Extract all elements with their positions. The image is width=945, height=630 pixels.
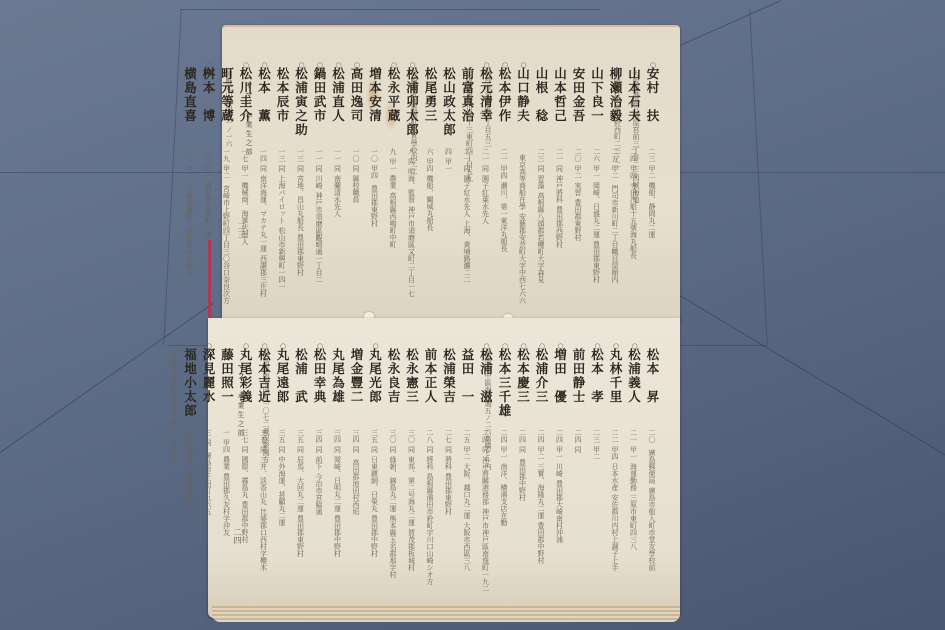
license-class: 甲一 xyxy=(385,158,401,172)
license-class: 同 xyxy=(330,165,346,172)
person-name: 松元清幸 xyxy=(478,67,494,145)
directory-entry: 増金豐二三四同高田郡池田村西垣 xyxy=(348,348,364,608)
graduation-number: 二四 xyxy=(626,148,642,162)
occupation-note: 機船、静岡丸二運 xyxy=(644,182,660,238)
occupation-note: 國際、霧島丸 xyxy=(237,456,253,498)
person-name: 前本正人 xyxy=(422,348,438,426)
address: 熊本縣玉名郡那宇村 xyxy=(385,515,401,578)
circle-mark-icon: ○ xyxy=(650,57,658,73)
circle-mark-icon: ○ xyxy=(558,338,566,354)
occupation-note: 寺田汽船十五號海丸船長 xyxy=(626,182,642,259)
license-class: 同 xyxy=(515,446,531,453)
person-name: 増本安清 xyxy=(367,67,383,145)
person-name: 松浦榮吉 xyxy=(441,348,457,426)
license-class: 同 xyxy=(570,446,586,453)
license-class: 同 xyxy=(256,446,272,453)
address: 豊田郡久友村字沖友 xyxy=(219,473,235,536)
address: 豊田郡大崎南村沖浦 xyxy=(552,480,568,543)
occupation-note: 前下 xyxy=(311,456,327,470)
graduation-number: 二五 xyxy=(607,148,623,162)
person-name: 藤田照一 xyxy=(219,348,235,426)
license-class: 甲四 xyxy=(496,165,512,179)
person-name: 松永憲三 xyxy=(404,348,420,426)
graduation-number: 六 xyxy=(422,148,438,155)
graduation-number: 二一 xyxy=(626,429,642,443)
graduation-number: 三〇 xyxy=(404,429,420,443)
directory-entry: ○松浦寅之助一三同宮地、昌山丸船長豊田郡東野村 xyxy=(293,67,309,317)
graduation-number: 二一 xyxy=(478,148,494,162)
license-class: 同 xyxy=(367,446,383,453)
person-name: 柳瀬治毅 xyxy=(607,67,623,145)
address: 豊田郡東野村 xyxy=(441,473,457,515)
occupation-note: 東邦、第二号海丸二運 xyxy=(404,456,420,526)
guide-diagonal-top xyxy=(680,0,781,46)
occupation-note: 農業 xyxy=(219,456,235,470)
address: 高根縣八頭郡若櫻町大字森見 xyxy=(533,192,549,283)
person-name: 安村 扶 xyxy=(644,67,660,145)
address: 豊田郡中野村 xyxy=(515,459,531,501)
person-name: 松本辰市 xyxy=(274,67,290,145)
directory-entry: ○松本伊作二一甲四瀬川、第一東洋丸船長神戸市須磨區四丁目五三 xyxy=(496,67,512,317)
license-class: 同 xyxy=(348,446,364,453)
license-class: 同 xyxy=(478,446,494,453)
directory-entry: ○松浦 滋二四同神戸將關港務部神戸市神戸區南逸町一九二 xyxy=(478,348,494,608)
directory-entry: 松本辰市一三同上海パイロット松山市新興町一四一 xyxy=(274,67,290,317)
person-name: 山根 稔 xyxy=(533,67,549,145)
graduation-number: 三五 xyxy=(274,429,290,443)
graduation-number: 二三 xyxy=(533,148,549,162)
license-class: 甲二 xyxy=(533,446,549,460)
graduation-number: 二三 xyxy=(644,148,660,162)
address: 西讃郡三庄村 xyxy=(256,255,272,297)
occupation-note: 日本水産 xyxy=(607,463,623,491)
graduation-number: 二七 xyxy=(441,429,457,443)
graduation-number: 三四 xyxy=(348,429,364,443)
person-name: 松本 薫 xyxy=(256,67,272,145)
occupation-note: 南洋海運、マカテ丸一運 xyxy=(256,175,272,252)
circle-mark-icon: ○ xyxy=(206,57,214,73)
occupation-note: 辰馬、大回丸二運 xyxy=(293,456,309,512)
address: 廣島市船入町市堂友學校前 xyxy=(644,487,660,571)
occupation-note: 三井、淡香山丸 xyxy=(256,456,272,505)
graduation-number: 一一 xyxy=(330,148,346,162)
occupation-note: 岡崎、日明丸二運 xyxy=(330,456,346,512)
license-class: 同 xyxy=(293,446,309,453)
graduation-number: 二五 xyxy=(459,429,475,443)
occupation-note: 瀬川、第一東洋丸船長 xyxy=(496,182,512,252)
graduation-number: 三〇 xyxy=(385,429,401,443)
person-name: 前富真治 xyxy=(459,67,475,145)
directory-entry: ○安村 扶二三甲二機船、静岡丸二運大阪市港區八幡屋宮前三丁目二三四號海道 xyxy=(644,67,660,317)
graduation-number: 二一 xyxy=(459,148,475,162)
occupation-note: 園子紅水先人 xyxy=(459,175,475,217)
circle-mark-icon: ○ xyxy=(262,57,270,73)
occupation-note: 園子紅葉水先人 xyxy=(478,175,494,224)
occupation-note: 神戸將關港務部 xyxy=(478,456,494,505)
directory-entry: ○松元清幸二一同園子紅葉水先人大阪市東淀川區十三東町四丁目五九 xyxy=(478,67,494,317)
graduation-number: 三五 xyxy=(293,429,309,443)
person-name: 丸林千里 xyxy=(607,348,623,426)
license-class: 甲二 xyxy=(219,165,235,179)
person-name: 松永良吉 xyxy=(385,348,401,426)
book-page-bottom: 松本 昇二〇廣島郵便局廣島市船入町市堂友學校前○松浦義人二一甲一海運勤務三原市東… xyxy=(208,318,680,618)
person-name: 鍋田武市 xyxy=(311,67,327,145)
person-name: 松浦義人 xyxy=(626,348,642,426)
address: 比婆郡口西村字櫻木 xyxy=(256,508,272,571)
directory-entry: 丸尾為雄三四同岡崎、日明丸二運豊田郡中野村 xyxy=(330,348,346,608)
guide-line-right xyxy=(749,9,768,345)
person-name: 松本伊作 xyxy=(496,67,512,145)
address: 廣島市千田町九六五 xyxy=(200,452,216,515)
circle-mark-icon: ○ xyxy=(317,338,325,354)
address: 松山市新興町一四一 xyxy=(274,227,290,290)
graduation-number: 四 xyxy=(182,429,198,436)
occupation-note: 岡崎、日盛丸二運 xyxy=(589,182,605,238)
directory-entry: 松浦榮吉二七同將科豊田郡東野村 xyxy=(441,348,457,608)
occupation-note: 川崎 xyxy=(552,463,568,477)
license-class: 甲二 xyxy=(182,165,198,179)
occupation-note: 神戸將科 xyxy=(552,175,568,203)
circle-mark-icon: ○ xyxy=(502,338,510,354)
occupation-note: 日東鍍網、日榮丸 xyxy=(367,456,383,512)
circle-mark-icon: ○ xyxy=(391,57,399,73)
directory-entry: 柳瀬治毅二五甲二門司市新川町二丁目幟目屋館内 xyxy=(607,67,623,317)
graduation-number: 二〇 xyxy=(182,148,198,162)
circle-mark-icon: ○ xyxy=(299,57,307,73)
graduation-number: 一三 xyxy=(293,148,309,162)
graduation-number: 二二 xyxy=(607,429,623,443)
directory-entry: ○丸尾遠郎三五同中外海運、甚顧丸二運廣島市南千田町一〇七二藏保繁國方 xyxy=(274,348,290,608)
directory-entry: ○松本三千雄二四甲一南洋、横濱支店在勤横濱市中區海岸通五ノ二六高橋ビル内 xyxy=(496,348,512,608)
license-class: 甲一 xyxy=(200,165,216,179)
page-number: 二三 xyxy=(236,222,247,238)
graduation-number: 二四 xyxy=(552,429,568,443)
directory-entry: ○松永平蔵九甲一農業高根縣西鳴町中町 xyxy=(385,67,401,317)
person-name: 横島直喜 xyxy=(182,67,198,145)
address: 神戸市神戸區南逸町一九二 xyxy=(478,508,494,592)
person-name: 安田金吾 xyxy=(570,67,586,145)
directory-entry: ○松本 薫一四同南洋海運、マカテ丸一運西讃郡三庄村 xyxy=(256,67,272,317)
address: 大連市濱町二五西東市大郷方 xyxy=(182,185,198,276)
address: 宮崎市上野町四丁目三〇谷口奈良次方 xyxy=(219,185,235,304)
directory-entry: 前富真治二一同園子紅水先人上海、黄埔路灘二二 xyxy=(459,67,475,317)
license-class: 同 xyxy=(182,439,198,446)
person-name: 高田逸司 xyxy=(348,67,364,145)
license-class: 同 xyxy=(274,446,290,453)
person-name: 松浦寅之助 xyxy=(293,67,309,145)
graduation-number: 二一 xyxy=(552,148,568,162)
graduation-number: 二四 xyxy=(478,429,494,443)
person-name: 山本石夫 xyxy=(626,67,642,145)
license-class: 甲一 xyxy=(441,158,457,172)
person-name: 丸尾光郎 xyxy=(367,348,383,426)
person-name: 福地小太郎 xyxy=(182,348,198,426)
license-class: 同 xyxy=(293,165,309,172)
directory-entry: ○深見麗水三同廣島市千田町九六五 xyxy=(200,348,216,608)
graduation-number: 一一 xyxy=(311,148,327,162)
circle-mark-icon: ○ xyxy=(243,57,251,73)
license-class: 同 xyxy=(404,158,420,165)
running-head-kana: マフ xyxy=(236,363,246,381)
graduation-number: 一〇 xyxy=(348,148,364,162)
license-class: 同 xyxy=(311,165,327,172)
occupation-note: 東京高等商船在學 xyxy=(515,154,531,210)
directory-entry: ○松浦義人二一甲一海運勤務三原市東町四三八 xyxy=(626,348,642,608)
circle-mark-icon: ○ xyxy=(595,338,603,354)
address: 豊田郡東野村 xyxy=(589,241,605,283)
license-class: 甲四 xyxy=(422,158,438,172)
license-class: 同 xyxy=(311,446,327,453)
address: 三原市東町四三八 xyxy=(626,494,642,550)
graduation-number: 三 xyxy=(200,429,216,436)
person-name: 町元等蔵 xyxy=(219,67,235,145)
directory-entry: 町元等蔵一九甲二宮崎市上野町四丁目三〇谷口奈良次方 xyxy=(219,67,235,317)
directory-entry: ○丸尾彩義三七同國際、霧島丸豊田郡中野村 xyxy=(237,348,253,608)
circle-mark-icon: ○ xyxy=(632,338,640,354)
license-class: 甲四 xyxy=(607,446,623,460)
directory-entry: ○桝本 博二〇甲一錦記會社商町一運 xyxy=(200,67,216,317)
directory-entry: 松尾勇三六甲四機船、關城丸船長長崎縣武富郡幟町村宮學校内二二 xyxy=(422,67,438,317)
directory-entry: 山下良一二六甲一岡崎、日盛丸二運豊田郡東野村 xyxy=(589,67,605,317)
occupation-note: 中外海運、甚顧丸二運 xyxy=(274,456,290,526)
directory-entry: ○松田幸典三四同前下今治市宮脇通 xyxy=(311,348,327,608)
occupation-note: 將科 xyxy=(422,456,438,470)
person-name: 松浦介三 xyxy=(533,348,549,426)
directory-entry: ○山口静夫東京高等商船在學安藝郡安芸町大字中西七六六 xyxy=(515,67,531,317)
directory-entry: ○松本 孝二三甲二 xyxy=(589,348,605,608)
directory-entry: ○松浦介三二四甲二三寳、海隆丸二運豊田郡中野村 xyxy=(533,348,549,608)
person-name: 山下良一 xyxy=(589,67,605,145)
address: 安藝郡安芸町大字中西七六六 xyxy=(515,213,531,304)
occupation-note: 農業 xyxy=(385,175,401,189)
graduation-number: 三四 xyxy=(311,429,327,443)
graduation-number: 二一 xyxy=(496,148,512,162)
occupation-note: 機船、第農丸船長 xyxy=(182,449,198,505)
directory-entry: 前田静士二四同 xyxy=(570,348,586,608)
address: 神戸市須磨區觀晴通一丁目二 xyxy=(311,192,327,283)
person-name: 松本 孝 xyxy=(589,348,605,426)
graduation-number: 二〇 xyxy=(200,148,216,162)
address: 神戸市須磨區又町二丁目一七 xyxy=(404,206,420,297)
person-name: 山本哲己 xyxy=(552,67,568,145)
person-name: 松尾勇三 xyxy=(422,67,438,145)
address: 豊田郡東野村 xyxy=(367,185,383,227)
license-class: 同 xyxy=(237,446,253,453)
running-head-kana: ヤマ xyxy=(244,82,254,100)
guide-diagonal-right xyxy=(679,295,945,466)
graduation-number: 二八 xyxy=(422,429,438,443)
circle-mark-icon: ○ xyxy=(336,57,344,73)
license-class: 同 xyxy=(459,165,475,172)
graduation-number: 一〇 xyxy=(367,148,383,162)
license-class: 甲二 xyxy=(607,165,623,179)
directory-entry: ○松本慶三二四同豊田郡中野村 xyxy=(515,348,531,608)
license-class: 甲二 xyxy=(589,446,605,460)
person-name: 深見麗水 xyxy=(200,348,216,426)
address: 豊田郡中野村 xyxy=(330,515,346,557)
occupation-note: 南蘭清水先人 xyxy=(330,175,346,217)
graduation-number: 二四 xyxy=(496,429,512,443)
license-class: 同 xyxy=(385,446,401,453)
license-class: 甲四 xyxy=(626,165,642,179)
license-class: 甲二 xyxy=(459,446,475,460)
license-class: 同 xyxy=(552,165,568,172)
license-class: 同 xyxy=(441,446,457,453)
directory-entry: ○丸尾光郎三五同日東鍍網、日榮丸豊田郡中野村 xyxy=(367,348,383,608)
person-name: 益田 一 xyxy=(459,348,475,426)
occupation-note: 機船、關城丸船長 xyxy=(422,175,438,231)
directory-entry: 横島直喜二〇甲二大連市濱町二五西東市大郷方 xyxy=(182,67,198,317)
directory-entry: 山本哲己二一同神戸將科豊田郡西野村 xyxy=(552,67,568,317)
graduation-number: 八 xyxy=(404,148,420,155)
graduation-number: 四 xyxy=(441,148,457,155)
circle-mark-icon: ○ xyxy=(410,57,418,73)
graduation-number: 九 xyxy=(385,148,401,155)
person-name: 松本慶三 xyxy=(515,348,531,426)
address: 豊田郡東野村 xyxy=(293,515,309,557)
circle-mark-icon: ○ xyxy=(502,57,510,73)
address: 大阪市住吉區山坂西之町一丁目三九 xyxy=(166,351,182,463)
person-name: 桝本 博 xyxy=(200,67,216,145)
address: 門司市新川町二丁目幟目屋館内 xyxy=(607,185,623,283)
directory-entry: 増本安清一〇甲四豊田郡東野村 xyxy=(367,67,383,317)
circle-mark-icon: ○ xyxy=(280,338,288,354)
directory-entry: 山根 稔二三同習藻高根縣八頭郡若櫻町大字森見 xyxy=(533,67,549,317)
directory-entry: 松永憲三三〇同東邦、第二号海丸二運賀茂郡板城村 xyxy=(404,348,420,608)
directory-entry: ○丸林千里二二甲四日本水産安佐郡川内村上調子上手 xyxy=(607,348,623,608)
directory-entry: ○増田 優二四甲一川崎豊田郡大崎南村沖浦 xyxy=(552,348,568,608)
person-name: 松浦直人 xyxy=(330,67,346,145)
address: 今治市宮脇通 xyxy=(311,473,327,515)
page-block-edges xyxy=(212,606,680,622)
circle-mark-icon: ○ xyxy=(613,338,621,354)
graduation-number: 一九 xyxy=(219,148,235,162)
license-class: 甲二 xyxy=(570,165,586,179)
graduation-number: 二〇 xyxy=(570,148,586,162)
graduation-number: 一三 xyxy=(274,148,290,162)
address: 豊田郡中野村 xyxy=(367,515,383,557)
directory-entry: 前本正人二八同將科島根縣濱田市鈴町宇川口山崎シオ方 xyxy=(422,348,438,608)
address: 島根縣濱田市鈴町宇川口山崎シオ方 xyxy=(422,473,438,585)
circle-mark-icon: ○ xyxy=(521,338,529,354)
person-name: 松浦 滋 xyxy=(478,348,494,426)
occupation-note: 宮地、昌山丸船長 xyxy=(293,175,309,231)
occupation-note: 明海、監督 xyxy=(404,168,420,203)
license-class: 甲四 xyxy=(367,165,383,179)
occupation-note: 將科 xyxy=(441,456,457,470)
directory-entry: 松永良吉三〇同綠朝、錦島丸二運熊本縣玉名郡那宇村 xyxy=(385,348,401,608)
directory-entry: 山本石夫二四甲四寺田汽船十五號海丸船長大阪市住吉區學野西町二三ノ二 xyxy=(626,67,642,317)
person-name: 丸尾遠郎 xyxy=(274,348,290,426)
occupation-note: 実習 xyxy=(570,182,586,196)
directory-entry: ○松浦卯太郎八同明海、監督神戸市須磨區又町二丁目一七 xyxy=(404,67,420,317)
directory-entry: ○松川圭介一七甲一機械商、海軍代理人朝鮮元山府旭町一ノ一六 xyxy=(237,67,253,317)
address: 賀茂郡板城村 xyxy=(404,529,420,571)
circle-mark-icon: ○ xyxy=(484,338,492,354)
directory-entry: ○鍋田武市一一同川崎神戸市須磨區觀晴通一丁目二 xyxy=(311,67,327,317)
license-class: 甲二 xyxy=(644,165,660,179)
license-class: 同 xyxy=(330,446,346,453)
graduation-number: 一四 xyxy=(256,148,272,162)
license-class: 同 xyxy=(348,165,364,172)
circle-mark-icon: ○ xyxy=(373,338,381,354)
person-name: 松浦卯太郎 xyxy=(404,67,420,145)
circle-mark-icon: ○ xyxy=(262,338,270,354)
directory-entry: 松山政太郎四甲一 xyxy=(441,67,457,317)
address: 豊田郡中野村 xyxy=(533,522,549,564)
address: 大阪市西區三八 xyxy=(459,522,475,571)
graduation-number: 三五 xyxy=(256,429,272,443)
person-name: 松田幸典 xyxy=(311,348,327,426)
occupation-note: 綠朝、錦島丸二運 xyxy=(385,456,401,512)
directory-list-top: ○安村 扶二三甲二機船、静岡丸二運大阪市港區八幡屋宮前三丁目二三四號海道山本石夫… xyxy=(179,67,660,317)
occupation-note: 習藻 xyxy=(533,175,549,189)
license-class: 同 xyxy=(256,165,272,172)
directory-entry: ○高田逸司一〇同縣校職員 xyxy=(348,67,364,317)
address: 豊田郡東野村 xyxy=(293,234,309,276)
person-name: 松永平蔵 xyxy=(385,67,401,145)
address: 上海、黄埔路灘二二 xyxy=(459,220,475,283)
directory-list-bottom: 松本 昇二〇廣島郵便局廣島市船入町市堂友學校前○松浦義人二一甲一海運勤務三原市東… xyxy=(179,348,660,608)
circle-mark-icon: ○ xyxy=(317,57,325,73)
graduation-number: 二四 xyxy=(533,429,549,443)
person-name: 松山政太郎 xyxy=(441,67,457,145)
person-name: 松本 昇 xyxy=(644,348,660,426)
page-number: 二四 xyxy=(232,528,243,544)
license-class: 甲四 xyxy=(219,439,235,453)
directory-entry: 松浦 武三五同辰馬、大回丸二運豊田郡東野村 xyxy=(293,348,309,608)
occupation-note: 錦記會社商町一運 xyxy=(200,182,216,238)
person-name: 松本三千雄 xyxy=(496,348,512,426)
license-class: 甲一 xyxy=(589,165,605,179)
person-name: 丸尾為雄 xyxy=(330,348,346,426)
directory-entry: 藤田照一一甲四農業豊田郡久友村字沖友 xyxy=(219,348,235,608)
license-class: 同 xyxy=(404,446,420,453)
license-class: 甲一 xyxy=(552,446,568,460)
directory-entry: 松本 昇二〇廣島郵便局廣島市船入町市堂友學校前 xyxy=(644,348,660,608)
circle-mark-icon: ○ xyxy=(521,57,529,73)
circle-mark-icon: ○ xyxy=(484,57,492,73)
person-name: 松本吉近 xyxy=(256,348,272,426)
person-name: 松浦 武 xyxy=(293,348,309,426)
occupation-note: 三寳、海隆丸二運 xyxy=(533,463,549,519)
directory-entry: 安田金吾二〇甲二実習豊田郡東野村 xyxy=(570,67,586,317)
directory-entry: 益田 一二五甲二大阪、越口丸二運大阪市西區三八 xyxy=(459,348,475,608)
directory-entry: ○松本吉近三五同三井、淡香山丸比婆郡口西村字櫻木 xyxy=(256,348,272,608)
person-name: 山口静夫 xyxy=(515,67,531,145)
occupation-note: 海運勤務 xyxy=(626,463,642,491)
book-page-top: ○安村 扶二三甲二機船、静岡丸二運大阪市港區八幡屋宮前三丁目二三四號海道山本石夫… xyxy=(222,25,680,322)
occupation-note: 縣校職員 xyxy=(348,175,364,203)
occupation-note: 大阪、越口丸二運 xyxy=(459,463,475,519)
occupation-note: 廣島郵便局 xyxy=(644,449,660,484)
person-name: 増金豐二 xyxy=(348,348,364,426)
graduation-number: 二三 xyxy=(589,429,605,443)
circle-mark-icon: ○ xyxy=(243,338,251,354)
address: 高根縣西鳴町中町 xyxy=(385,192,401,248)
person-name: 増田 優 xyxy=(552,348,568,426)
running-head: 卒業生之部 xyxy=(236,393,246,438)
directory-entry: 福地小太郎四同機船、第農丸船長大阪市住吉區山坂西之町一丁目三九 xyxy=(182,348,198,608)
circle-mark-icon: ○ xyxy=(206,338,214,354)
occupation-note: 上海パイロット xyxy=(274,175,290,224)
address: 安佐郡川内村上調子上手 xyxy=(607,494,623,571)
graduation-number: 二四 xyxy=(515,429,531,443)
graduation-number: 一 xyxy=(219,429,235,436)
address: 豊田郡東野村 xyxy=(570,199,586,241)
occupation-note: 南洋、横濱支店在勤 xyxy=(496,463,512,526)
graduation-number: 二〇 xyxy=(644,429,660,443)
